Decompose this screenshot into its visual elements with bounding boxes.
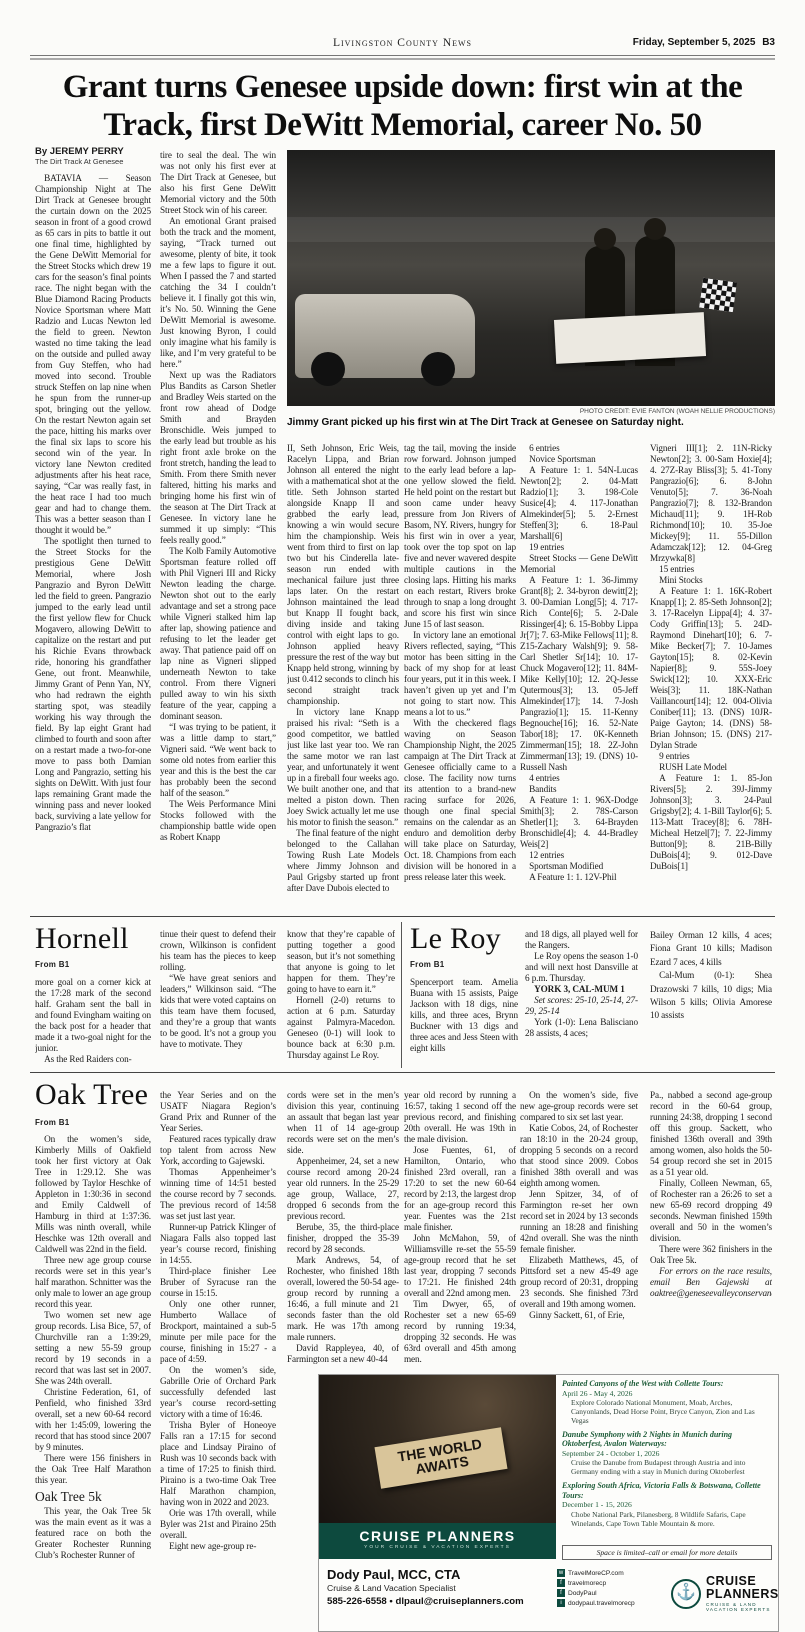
oaktree-column-6-text: Pa., nabbed a second age-group record in… [650,1090,772,1266]
person-head-shape [594,228,616,250]
article-headline: Grant turns Genesee upside down: first w… [40,68,765,145]
social-handle: travelmorecp [568,1580,606,1587]
hornell-from-b1: From B1 [35,960,70,969]
oaktree-column-6: Pa., nabbed a second age-group record in… [650,1090,772,1366]
leroy-column-2: and 18 digs, all played well for the Ran… [525,929,638,1069]
article-photo [287,150,775,406]
tour-title: Danube Symphony with 2 Nights in Munich … [562,1430,772,1449]
checkered-flag-shape [699,278,737,312]
social-website: TravelMoreCP.com [568,1570,624,1577]
logo-tagline: CRUISE & LAND VACATION EXPERTS [706,1602,779,1612]
oaktree-column-4: year old record by running a 16:57, taki… [404,1090,516,1366]
leroy-set-scores: Set scores: 25-10, 25-14, 27-29, 25-14 [525,995,638,1017]
social-row[interactable]: f travelmorecp [557,1579,667,1587]
social-handle: DodyPaul [568,1590,597,1597]
race-car-shape [295,294,475,378]
oaktree-column-1-text-2: This year, the Oak Tree 5k was the main … [35,1506,151,1561]
byline-author: By JEREMY PERRY [35,146,155,157]
article-column-4: tag the tail, moving the inside row forw… [404,443,516,901]
photo-light-band [287,217,775,243]
leroy-from-b1: From B1 [410,960,445,969]
oaktree-column-2: the Year Series and on the USATF Niagara… [160,1090,276,1632]
tour-description: Chobe National Park, Pilanesberg, 8 Wild… [562,1510,772,1528]
agent-contact-line: 585-226-6558 • dlpaul@cruiseplanners.com [327,1596,547,1607]
article-column-1: BATAVIA — Season Championship Night at T… [35,173,151,900]
article-column-3: II, Seth Johnson, Eric Weis, Racelyn Lip… [287,443,399,901]
logo-brand-line-2: PLANNERS® [706,1588,779,1601]
ad-space-limited-note: Space is limited–call or email for more … [562,1545,772,1560]
social-row[interactable]: i dodypaul.travelmorecp [557,1599,667,1607]
cruise-planners-banner: CRUISE PLANNERS YOUR CRUISE & VACATION E… [319,1523,556,1559]
newspaper-page: Livingston County News Friday, September… [0,0,805,1632]
tour-dates: September 24 - October 1, 2026 [562,1449,772,1458]
tour-item: Danube Symphony with 2 Nights in Munich … [562,1430,772,1476]
tour-title: Painted Canyons of the West with Collett… [562,1379,772,1389]
tour-dates: December 1 - 15, 2026 [562,1500,772,1509]
oaktree-column-5: On the women’s side, five new age-group … [520,1090,638,1366]
agent-phone[interactable]: 585-226-6558 [327,1596,387,1607]
article-results-column-5: 6 entries Novice Sportsman A Feature 1: … [520,443,638,901]
bullet-separator: • [389,1596,392,1607]
hornell-column-3: know that they’re capable of putting tog… [287,929,395,1065]
article-results-column-6: Vigneri III[1]; 2. 11N-Ricky Newton[2]; … [650,443,772,901]
photo-caption: Jimmy Grant picked up his first win at T… [287,417,775,429]
person-head-shape [644,218,666,240]
leroy-column-2-stats: York (1-0): Lena Balisciano 28 assists, … [525,1017,638,1039]
instagram-icon: i [557,1599,565,1607]
leroy-column-2-text: and 18 digs, all played well for the Ran… [525,929,638,984]
masthead-rule-top [30,55,775,56]
social-row[interactable]: f DodyPaul [557,1589,667,1597]
masthead-date: Friday, September 5, 2025 B3 [633,37,775,48]
oaktree-column-1: On the women’s side, Kimberly Mills of O… [35,1134,151,1632]
facebook-icon: f [557,1589,565,1597]
cruise-planners-logo: ⚓ CRUISE PLANNERS® CRUISE & LAND VACATIO… [671,1575,775,1612]
tour-item: Painted Canyons of the West with Collett… [562,1379,772,1425]
masthead-date-text: Friday, September 5, 2025 [633,37,756,48]
byline-affiliation: The Dirt Track At Genesee [35,157,155,166]
masthead-page-number: B3 [762,37,775,48]
tour-description: Cruise the Danube from Budapest through … [562,1458,772,1476]
leroy-column-1: Spencerport team. Amelia Buana with 15 a… [410,977,518,1067]
photo-credit: PHOTO CREDIT: EVIE FANTON (WOAH NELLIE P… [287,408,775,415]
cruise-planners-advertisement[interactable]: THE WORLD AWAITS CRUISE PLANNERS YOUR CR… [318,1374,779,1632]
world-awaits-sign: THE WORLD AWAITS [375,1427,508,1489]
oaktree-from-b1: From B1 [35,1118,70,1127]
ad-contact-block: Dody Paul, MCC, CTA Cruise & Land Vacati… [327,1567,547,1607]
globe-icon: w [557,1569,565,1577]
leroy-section-title: Le Roy [410,922,501,956]
agent-role: Cruise & Land Vacation Specialist [327,1583,547,1593]
agent-email[interactable]: dlpaul@cruiseplanners.com [395,1596,523,1607]
anchor-icon: ⚓ [671,1579,701,1609]
ad-photo: THE WORLD AWAITS [319,1375,556,1523]
byline: By JEREMY PERRY The Dirt Track At Genese… [35,146,155,166]
oaktree-column-1-text: On the women’s side, Kimberly Mills of O… [35,1134,151,1486]
banner-brand-text: CRUISE PLANNERS [319,1528,556,1544]
masthead-rule-bottom [30,58,775,60]
tour-dates: April 26 - May 4, 2026 [562,1389,772,1398]
ad-tour-listings: Painted Canyons of the West with Collett… [562,1379,772,1543]
victory-banner-shape [554,312,706,364]
car-wheel-shape [421,352,455,386]
oaktree-section-title: Oak Tree [35,1078,148,1112]
logo-text-block: CRUISE PLANNERS® CRUISE & LAND VACATION … [706,1575,779,1612]
social-row[interactable]: w TravelMoreCP.com [557,1569,667,1577]
tour-item: Exploring South Africa, Victoria Falls &… [562,1481,772,1527]
facebook-icon: f [557,1579,565,1587]
hornell-leroy-divider-rule [401,922,402,1068]
car-wheel-shape [311,352,345,386]
article-column-2: tire to seal the deal. The win was not o… [160,150,276,900]
hornell-column-2: tinue their quest to defend their crown,… [160,929,276,1065]
oaktree-5k-subhead: Oak Tree 5k [35,1488,151,1505]
leroy-column-3: Bailey Orman 12 kills, 4 aces; Fiona Gra… [650,929,772,1069]
section-divider-rule [30,1072,775,1073]
hornell-section-title: Hornell [35,922,129,956]
section-divider-rule [30,916,775,917]
tour-title: Exploring South Africa, Victoria Falls &… [562,1481,772,1500]
oaktree-errors-note: For errors on the race results, email Be… [650,1266,772,1299]
banner-tagline: YOUR CRUISE & VACATION EXPERTS [319,1545,556,1550]
social-handle: dodypaul.travelmorecp [568,1600,635,1607]
leroy-match-heading: YORK 3, CAL-MUM 1 [525,984,638,995]
agent-name: Dody Paul, MCC, CTA [327,1567,547,1582]
tour-description: Explore Colorado National Monument, Moab… [562,1398,772,1425]
hornell-column-1: more goal on a corner kick at the 17:28 … [35,977,151,1065]
oaktree-column-3: cords were set in the men’s division thi… [287,1090,399,1366]
ad-social-block: w TravelMoreCP.com f travelmorecp f Dody… [557,1569,667,1609]
